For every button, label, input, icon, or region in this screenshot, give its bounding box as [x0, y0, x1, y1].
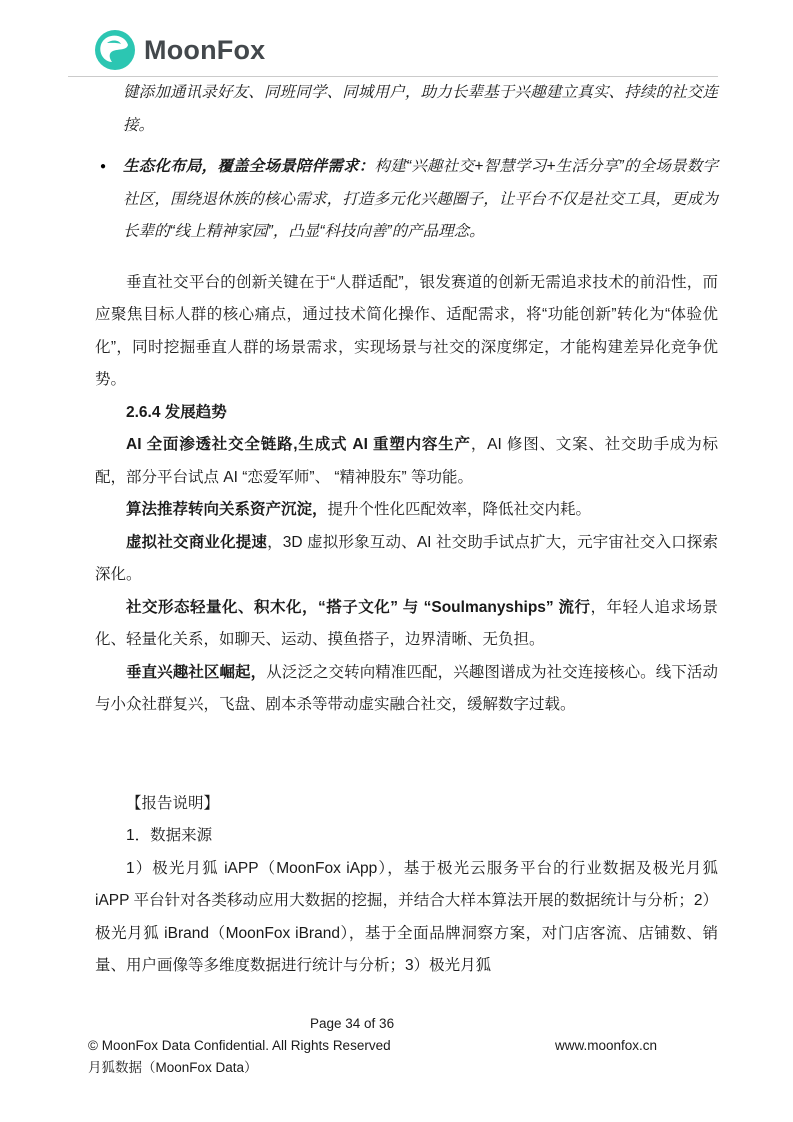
trend-lead: 垂直兴趣社区崛起，: [126, 664, 266, 681]
bullet-lead: 生态化布局，覆盖全场景陪伴需求：: [123, 158, 375, 175]
moonfox-logo-icon: [95, 30, 135, 70]
document-body: 键添加通讯录好友、同班同学、同城用户，助力长辈基于兴趣建立真实、持续的社交连接。…: [95, 77, 718, 983]
moonfox-logo-text: MoonFox: [144, 30, 265, 70]
page-footer: Page 34 of 36 © MoonFox Data Confidentia…: [88, 1013, 718, 1079]
page-header: MoonFox: [0, 0, 793, 70]
trend-paragraph-algorithm: 算法推荐转向关系资产沉淀，提升个性化匹配效率，降低社交内耗。: [95, 494, 718, 527]
section-heading-2-6-4: 2.6.4 发展趋势: [95, 397, 718, 430]
trend-lead: AI 全面渗透社交全链路,生成式 AI 重塑内容生产: [126, 436, 471, 453]
bullet-item: ● 生态化布局，覆盖全场景陪伴需求：构建“兴趣社交+智慧学习+生活分享”的全场景…: [95, 151, 718, 249]
company-name: 月狐数据（MoonFox Data）: [88, 1057, 718, 1079]
bullet-paragraph: 生态化布局，覆盖全场景陪伴需求：构建“兴趣社交+智慧学习+生活分享”的全场景数字…: [123, 151, 718, 249]
copyright-text: © MoonFox Data Confidential. All Rights …: [88, 1035, 391, 1057]
trend-paragraph-virtual: 虚拟社交商业化提速，3D 虚拟形象互动、AI 社交助手试点扩大，元宇宙社交入口探…: [95, 527, 718, 592]
trend-lead: 社交形态轻量化、积木化，“搭子文化” 与 “Soulmanyships” 流行: [126, 599, 590, 616]
report-notes-item1-body: 1）极光月狐 iAPP（MoonFox iApp），基于极光云服务平台的行业数据…: [95, 853, 718, 983]
trend-paragraph-lightweight: 社交形态轻量化、积木化，“搭子文化” 与 “Soulmanyships” 流行，…: [95, 592, 718, 657]
report-notes-section: 【报告说明】 1．数据来源 1）极光月狐 iAPP（MoonFox iApp），…: [95, 788, 718, 983]
report-page: MoonFox 键添加通讯录好友、同班同学、同城用户，助力长辈基于兴趣建立真实、…: [0, 0, 793, 1122]
trend-lead: 算法推荐转向关系资产沉淀，: [126, 501, 328, 518]
trend-body: 提升个性化匹配效率，降低社交内耗。: [328, 501, 592, 518]
website-link: www.moonfox.cn: [555, 1035, 657, 1057]
trend-paragraph-ai: AI 全面渗透社交全链路,生成式 AI 重塑内容生产，AI 修图、文案、社交助手…: [95, 429, 718, 494]
page-number: Page 34 of 36: [310, 1013, 718, 1035]
footer-copyright-row: © MoonFox Data Confidential. All Rights …: [88, 1035, 718, 1057]
paragraph-continuation: 键添加通讯录好友、同班同学、同城用户，助力长辈基于兴趣建立真实、持续的社交连接。: [95, 77, 718, 142]
trend-lead: 虚拟社交商业化提速: [126, 534, 267, 551]
report-notes-item1-title: 1．数据来源: [95, 820, 718, 853]
report-notes-title: 【报告说明】: [95, 788, 718, 821]
paragraph-vertical-social: 垂直社交平台的创新关键在于“人群适配”，银发赛道的创新无需追求技术的前沿性，而应…: [95, 267, 718, 397]
moonfox-logo: MoonFox: [95, 30, 793, 70]
trend-paragraph-vertical-community: 垂直兴趣社区崛起，从泛泛之交转向精准匹配，兴趣图谱成为社交连接核心。线下活动与小…: [95, 657, 718, 722]
bullet-icon: ●: [95, 151, 123, 249]
